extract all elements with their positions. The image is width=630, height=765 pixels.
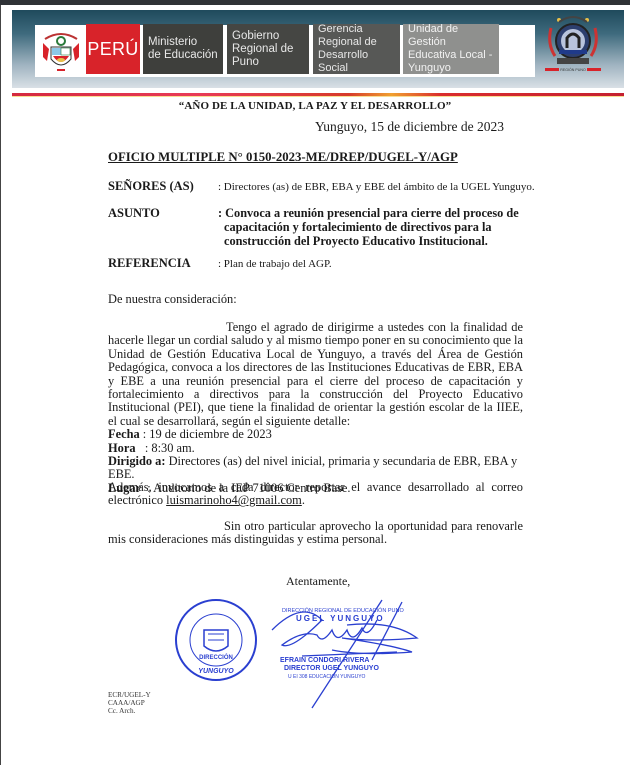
- svg-text:EFRAIN CONDORI RIVERA: EFRAIN CONDORI RIVERA: [280, 657, 369, 664]
- regional-government-label: GobiernoRegional de Puno: [227, 24, 309, 74]
- reference-value: : Plan de trabajo del AGP.: [218, 258, 332, 270]
- seal-and-signature: DIRECCIÓN YUNGUYO DIRECCIÓN REGIONAL DE …: [172, 590, 432, 710]
- director-stamp-icon: DIRECCIÓN REGIONAL DE EDUCACIÓN PUNO UGE…: [280, 607, 404, 680]
- ugel-yunguyo-label: Unidad de GestiónEducativa Local - Yungu…: [403, 24, 499, 74]
- svg-text:REGIÓN PUNO: REGIÓN PUNO: [560, 67, 586, 72]
- contact-email-link[interactable]: luismarinoho4@gmail.com: [166, 493, 302, 507]
- detail-time: Hora : 8:30 am.: [108, 442, 523, 455]
- reference-label: REFERENCIA: [108, 256, 191, 271]
- body-intro-text: Tengo el agrado de dirigirme a ustedes c…: [108, 320, 523, 428]
- document-reference-number: OFICIO MULTIPLE N° 0150-2023-ME/DREP/DUG…: [108, 150, 458, 165]
- ministry-education-label: Ministeriode Educación: [143, 24, 223, 74]
- subject-label: ASUNTO: [108, 206, 160, 221]
- detail-date: Fecha : 19 de diciembre de 2023: [108, 428, 523, 441]
- recipients-label: SEÑORES (AS): [108, 179, 194, 194]
- year-slogan: “AÑO DE LA UNIDAD, LA PAZ Y EL DESARROLL…: [0, 100, 630, 112]
- subject-value: : Convoca a reunión presencial para cier…: [218, 206, 538, 248]
- recipients-value: : Directores (as) de EBR, EBA y EBE del …: [218, 181, 535, 193]
- svg-text:U EI 308 EDUCACION YUNGUYO: U EI 308 EDUCACION YUNGUYO: [288, 674, 366, 680]
- letterhead-divider-accent: [12, 96, 624, 97]
- detail-audience: Dirigido a: Directores (as) del nivel in…: [108, 455, 523, 482]
- svg-text:DIRECCIÓN: DIRECCIÓN: [199, 653, 233, 661]
- window-top-bar: [0, 0, 630, 5]
- svg-text:DIRECTOR UGEL YUNGUYO: DIRECTOR UGEL YUNGUYO: [284, 665, 379, 672]
- svg-text:YUNGUYO: YUNGUYO: [198, 668, 234, 675]
- peru-coat-of-arms-icon: [37, 27, 85, 75]
- social-development-label: GerenciaRegional deDesarrollo Social: [313, 24, 400, 74]
- place-date: Yunguyo, 15 de diciembre de 2023: [315, 119, 504, 135]
- page-edge: [0, 5, 1, 765]
- footer-references: ECR/UGEL-Y CAAA/AGP Cc. Arch.: [108, 691, 151, 715]
- round-seal-icon: DIRECCIÓN YUNGUYO: [176, 600, 256, 680]
- closing-paragraph: Sin otro particular aprovecho la oportun…: [108, 520, 523, 547]
- peru-brand-label: PERÚ: [86, 24, 140, 74]
- region-puno-crest-icon: REGIÓN PUNO: [545, 14, 601, 76]
- body-paragraph: Tengo el agrado de dirigirme a ustedes c…: [108, 321, 523, 495]
- additional-paragraph: Además, invocamos a cada director report…: [108, 481, 523, 508]
- salutation: De nuestra consideración:: [108, 293, 523, 306]
- sign-off: Atentamente,: [286, 574, 350, 589]
